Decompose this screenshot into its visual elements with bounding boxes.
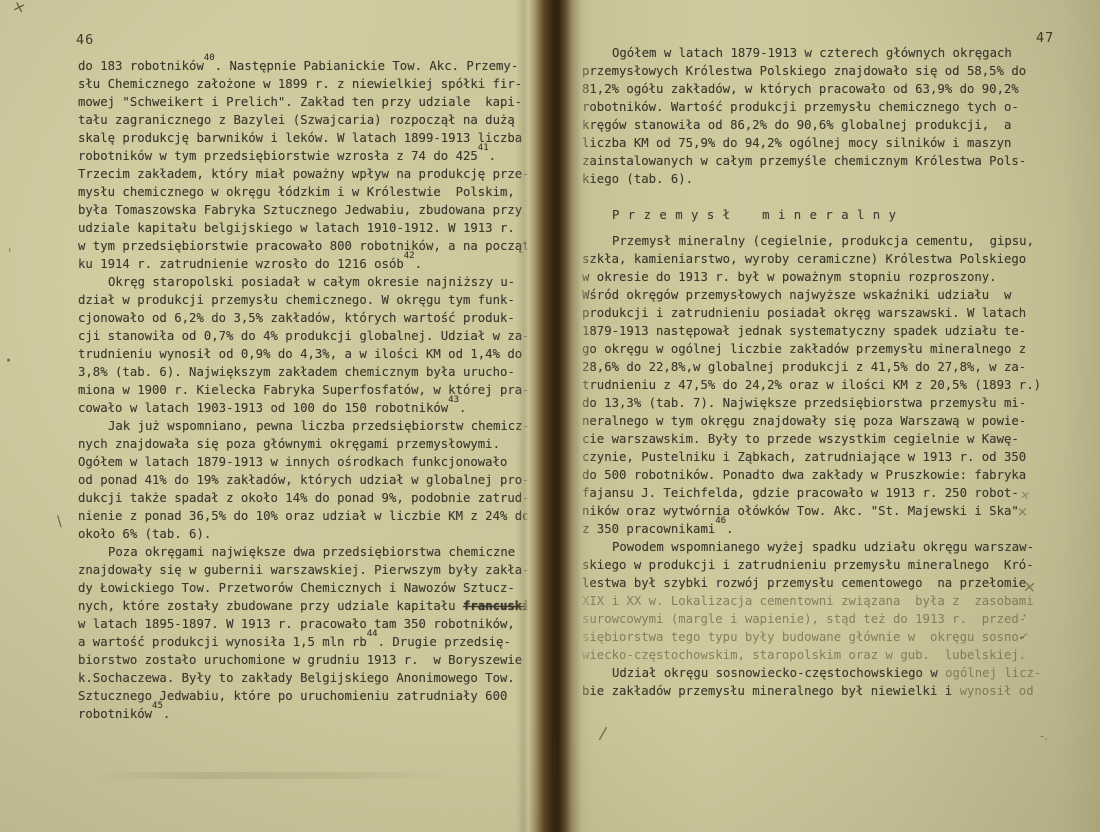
text-segment: Trzecim zakładem, który miał poważny wpł… [78,167,530,181]
text-segment: Poza okręgami największe dwa przedsiębio… [108,545,515,559]
text-segment: ników oraz wytwórnia ołówków Tow. Akc. "… [582,504,1019,518]
text-segment: francuskiego [463,599,552,613]
text-segment: do 183 robotników [78,59,204,73]
text-line: przemysłowych Królestwa Polskiego znajdo… [582,62,1062,80]
text-line: ku 1914 r. zatrudnienie wzrosło do 1216 … [78,255,538,273]
text-segment: . [163,707,170,721]
text-segment: wynosił od [960,684,1034,698]
text-segment: surowcowymi (margle i wapienie), stąd te… [582,612,1026,626]
text-line: wiecko-częstochowskim, staropolskim oraz… [582,646,1062,664]
text-segment: P r z e m y s ł m i n e r a l n y [612,208,897,222]
text-segment: była Tomaszowska Fabryka Sztucznego Jedw… [78,203,522,217]
text-segment: . [459,401,466,415]
footnote-ref: 45 [152,701,163,711]
text-segment: z 350 pracownikami [582,522,715,536]
text-line: cowało w latach 1903-1913 od 100 do 150 … [78,399,538,417]
text-line: 28,6% do 22,8%,w globalnej produkcji z 4… [582,358,1062,376]
book-scan: { "document": { "pages": [ { "number": "… [0,0,1100,832]
text-segment: Ogółem w latach 1879-1913 w innych ośrod… [78,455,507,469]
text-segment: skiego w produkcji i zatrudnieniu przemy… [582,558,1034,572]
text-segment: robotników w tym przedsiębiorstwie wzros… [78,149,478,163]
text-line: Poza okręgami największe dwa przedsiębio… [78,543,538,561]
footnote-ref: 46 [715,516,726,526]
text-segment: fajansu J. Teichfelda, gdzie pracowało w… [582,486,1019,500]
text-segment: Przemysł mineralny (cegielnie, produkcja… [612,234,1034,248]
text-line: cie warszawskim. Były to przede wszystki… [582,430,1062,448]
text-line: w tym przedsiębiorstwie pracowało 800 ro… [78,237,538,255]
text-segment: dy Łowickiego Tow. Przetworów Chemicznyc… [78,581,515,595]
text-line: tału zagranicznego z Bazylei (Szwajcaria… [78,111,538,129]
text-line: Okręg staropolski posiadał w całym okres… [78,273,538,291]
text-line: cji stanowiła od 0,7% do 4% produkcji gl… [78,327,538,345]
text-line: XIX i XX w. Lokalizacja cementowni związ… [582,592,1062,610]
footnote-ref: 43 [448,395,459,405]
text-segment: 81,2% ogółu zakładów, w których pracował… [582,82,1019,96]
text-line: dukcji także spadał z około 14% do ponad… [78,489,538,507]
text-segment: Ogółem w latach 1879-1913 w czterech głó… [612,46,1012,60]
text-line: liczba KM od 75,9% do 94,2% ogólnej mocy… [582,134,1062,152]
text-segment: skalę produkcję barwników i leków. W lat… [78,131,522,145]
text-line: Powodem wspomnianego wyżej spadku udział… [582,538,1062,556]
text-segment: Okręg staropolski posiadał w całym okres… [108,275,515,289]
text-line: biorstwo zostało uruchomione w grudniu 1… [78,651,538,669]
text-line: a wartość produkcji wynosiła 1,5 mln rb4… [78,633,538,651]
text-segment: w tym przedsiębiorstwie pracowało 800 ro… [78,239,537,253]
text-segment: 1879-1913 następował jednak systematyczn… [582,324,1026,338]
page-46-text-block: do 183 robotników40. Następnie Pabianick… [78,57,538,723]
footnote-ref: 41 [478,143,489,153]
text-line: czynie, Pustelniku i Ząbkach, zatrudniaj… [582,448,1062,466]
text-segment: 3,8% (tab. 6). Największym zakładem chem… [78,365,515,379]
text-segment: Jak już wspomniano, pewna liczba przedsi… [108,419,530,433]
text-segment: kiego (tab. 6). [582,172,693,186]
text-line: z 350 pracownikami46. [582,520,1062,538]
text-line: 81,2% ogółu zakładów, w których pracował… [582,80,1062,98]
text-line: 3,8% (tab. 6). Największym zakładem chem… [78,363,538,381]
text-line: nych znajdowała się poza głównymi okręga… [78,435,538,453]
page-47-text-block: Ogółem w latach 1879-1913 w czterech głó… [582,44,1062,700]
text-segment: go okręgu w ogólnej liczbie zakładów prz… [582,342,1026,356]
left-page: 46 do 183 robotników40. Następnie Pabian… [0,0,540,832]
text-segment: w okresie do 1913 r. był w poważnym stop… [582,270,997,284]
text-segment: Powodem wspomnianego wyżej spadku udział… [612,540,1034,554]
text-segment: . Następnie Pabianickie Tow. Akc. Przemy… [215,59,519,73]
text-segment: mowej "Schweikert i Prelich". Zakład ten… [78,95,522,109]
text-line: miona w 1900 r. Kielecka Fabryka Superfo… [78,381,538,399]
text-line: Ogółem w latach 1879-1913 w czterech głó… [582,44,1062,62]
text-segment: słu Chemicznego założone w 1899 r. z nie… [78,77,522,91]
text-segment: zainstalowanych w całym przemyśle chemic… [582,154,1026,168]
text-segment: szkła, kamieniarstwo, wyroby ceramiczne)… [582,252,1026,266]
text-segment: ogólnej licz- [945,666,1041,680]
text-segment: siębiorstwa tego typu były budowane głów… [582,630,1026,644]
text-line: trudnieniu z 47,5% do 24,2% oraz w ilośc… [582,376,1062,394]
text-line: do 500 robotników. Ponadto dwa zakłady w… [582,466,1062,484]
right-page: 47 Ogółem w latach 1879-1913 w czterech … [540,0,1100,832]
text-segment: mysłu chemicznego w okręgu łódzkim i w K… [78,185,515,199]
text-line: Jak już wspomniano, pewna liczba przedsi… [78,417,538,435]
text-segment: trudnieniu z 47,5% do 24,2% oraz w ilośc… [582,378,1041,392]
text-line: do 13,3% (tab. 7). Największe przedsiębi… [582,394,1062,412]
text-segment: k.Sochaczewa. Były to zakłady Belgijskie… [78,671,515,685]
text-line: do 183 robotników40. Następnie Pabianick… [78,57,538,75]
text-segment: Wśród okręgów przemysłowych najwyższe ws… [582,288,1011,302]
text-line: dział w produkcji przemysłu chemicznego.… [78,291,538,309]
text-line: Przemysł mineralny (cegielnie, produkcja… [582,232,1062,250]
text-segment: przemysłowych Królestwa Polskiego znajdo… [582,64,1026,78]
text-segment: cowało w latach 1903-1913 od 100 do 150 … [78,401,448,415]
text-line: Ogółem w latach 1879-1913 w innych ośrod… [78,453,538,471]
text-line: Udział okręgu sosnowiecko-częstochowskie… [582,664,1062,682]
text-line: zainstalowanych w całym przemyśle chemic… [582,152,1062,170]
text-line: Wśród okręgów przemysłowych najwyższe ws… [582,286,1062,304]
text-segment: dział w produkcji przemysłu chemicznego.… [78,293,515,307]
text-line: szkła, kamieniarstwo, wyroby ceramiczne)… [582,250,1062,268]
text-segment: nych znajdowała się poza głównymi okręga… [78,437,500,451]
text-segment: cjonowało od 6,2% do 3,5% zakładów, któr… [78,311,515,325]
text-line: Sztucznego Jedwabiu, które po uruchomien… [78,687,538,705]
text-segment: znajdowały się w gubernii warszawskiej. … [78,563,530,577]
text-segment: Udział okręgu sosnowiecko-częstochowskie… [612,666,945,680]
text-line: była Tomaszowska Fabryka Sztucznego Jedw… [78,201,538,219]
text-line: skiego w produkcji i zatrudnieniu przemy… [582,556,1062,574]
text-segment: tału zagranicznego z Bazylei (Szwajcaria… [78,113,515,127]
text-line: w latach 1895-1897. W 1913 r. pracowało … [78,615,538,633]
text-segment: 28,6% do 22,8%,w globalnej produkcji z 4… [582,360,1026,374]
text-line: nienie z ponad 36,5% do 10% oraz udział … [78,507,538,525]
text-line: udziale kapitału belgijskiego w latach 1… [78,219,538,237]
text-segment: do 500 robotników. Ponadto dwa zakłady w… [582,468,1026,482]
text-line: około 6% (tab. 6). [78,525,538,543]
text-segment: nienie z ponad 36,5% do 10% oraz udział … [78,509,530,523]
text-segment: cji stanowiła od 0,7% do 4% produkcji gl… [78,329,530,343]
text-segment: czynie, Pustelniku i Ząbkach, zatrudniaj… [582,450,1026,464]
text-segment: . Drugie przedsię- [378,635,511,649]
text-segment: około 6% (tab. 6). [78,527,211,541]
text-segment: Sztucznego Jedwabiu, które po uruchomien… [78,689,507,703]
text-segment: . [415,257,422,271]
text-segment: . [726,522,733,536]
text-line: robotników. Wartość produkcji przemysłu … [582,98,1062,116]
text-segment: a wartość produkcji wynosiła 1,5 mln rb [78,635,367,649]
text-segment: ku 1914 r. zatrudnienie wzrosło do 1216 … [78,257,404,271]
text-line: lestwa był szybki rozwój przemysłu cemen… [582,574,1062,592]
text-line: surowcowymi (margle i wapienie), stąd te… [582,610,1062,628]
footnote-ref: 40 [204,53,215,63]
text-segment: dukcji także spadał z około 14% do ponad… [78,491,530,505]
text-line: trudnieniu wynosił od 0,9% do 4,3%, a w … [78,345,538,363]
text-segment: kręgów stanowiła od 86,2% do 90,6% globa… [582,118,1011,132]
text-line: dy Łowickiego Tow. Przetworów Chemicznyc… [78,579,538,597]
text-line: mysłu chemicznego w okręgu łódzkim i w K… [78,183,538,201]
footnote-ref: 42 [404,251,415,261]
text-segment: w latach 1895-1897. W 1913 r. pracowało … [78,617,515,631]
text-segment: cie warszawskim. Były to przede wszystki… [582,432,1019,446]
text-line: robotników45. [78,705,538,723]
text-line: Trzecim zakładem, który miał poważny wpł… [78,165,538,183]
text-line: kręgów stanowiła od 86,2% do 90,6% globa… [582,116,1062,134]
text-line: siębiorstwa tego typu były budowane głów… [582,628,1062,646]
text-line: 1879-1913 następował jednak systematyczn… [582,322,1062,340]
text-segment: do 13,3% (tab. 7). Największe przedsiębi… [582,396,1026,410]
text-line: robotników w tym przedsiębiorstwie wzros… [78,147,538,165]
text-line: nych, które zostały zbudowane przy udzia… [78,597,538,615]
text-segment: XIX i XX w. Lokalizacja cementowni związ… [582,594,1034,608]
text-segment: robotników. Wartość produkcji przemysłu … [582,100,1019,114]
text-line: od ponad 41% do 19% zakładów, których ud… [78,471,538,489]
text-line: skalę produkcję barwników i leków. W lat… [78,129,538,147]
text-segment: od ponad 41% do 19% zakładów, których ud… [78,473,530,487]
section-heading: P r z e m y s ł m i n e r a l n y [582,206,1062,224]
text-line: znajdowały się w gubernii warszawskiej. … [78,561,538,579]
text-line: cjonowało od 6,2% do 3,5% zakładów, któr… [78,309,538,327]
text-line: neralnego w tym okręgu znajdowały się po… [582,412,1062,430]
text-segment: bie zakładów przemysłu mineralnego był n… [582,684,960,698]
footnote-ref: 44 [367,629,378,639]
text-segment: udziale kapitału belgijskiego w latach 1… [78,221,515,235]
text-line: kiego (tab. 6). [582,170,1062,188]
text-segment: neralnego w tym okręgu znajdowały się po… [582,414,1026,428]
text-segment: lestwa był szybki rozwój przemysłu cemen… [582,576,1026,590]
text-segment: trudnieniu wynosił od 0,9% do 4,3%, a w … [78,347,522,361]
text-segment: liczba KM od 75,9% do 94,2% ogólnej mocy… [582,136,1011,150]
text-line: produkcji i zatrudnieniu posiadał okręg … [582,304,1062,322]
text-line: słu Chemicznego założone w 1899 r. z nie… [78,75,538,93]
text-segment: . [489,149,496,163]
text-segment: miona w 1900 r. Kielecka Fabryka Superfo… [78,383,530,397]
text-segment: robotników [78,707,152,721]
text-line: k.Sochaczewa. Były to zakłady Belgijskie… [78,669,538,687]
text-line: go okręgu w ogólnej liczbie zakładów prz… [582,340,1062,358]
text-line: bie zakładów przemysłu mineralnego był n… [582,682,1062,700]
page-number-left: 46 [76,32,94,48]
text-segment: wiecko-częstochowskim, staropolskim oraz… [582,648,1026,662]
text-line: mowej "Schweikert i Prelich". Zakład ten… [78,93,538,111]
text-segment: biorstwo zostało uruchomione w grudniu 1… [78,653,522,667]
text-line: fajansu J. Teichfelda, gdzie pracowało w… [582,484,1062,502]
text-segment: nych, które zostały zbudowane przy udzia… [78,599,463,613]
text-segment: produkcji i zatrudnieniu posiadał okręg … [582,306,1026,320]
text-line: ników oraz wytwórnia ołówków Tow. Akc. "… [582,502,1062,520]
text-line: w okresie do 1913 r. był w poważnym stop… [582,268,1062,286]
